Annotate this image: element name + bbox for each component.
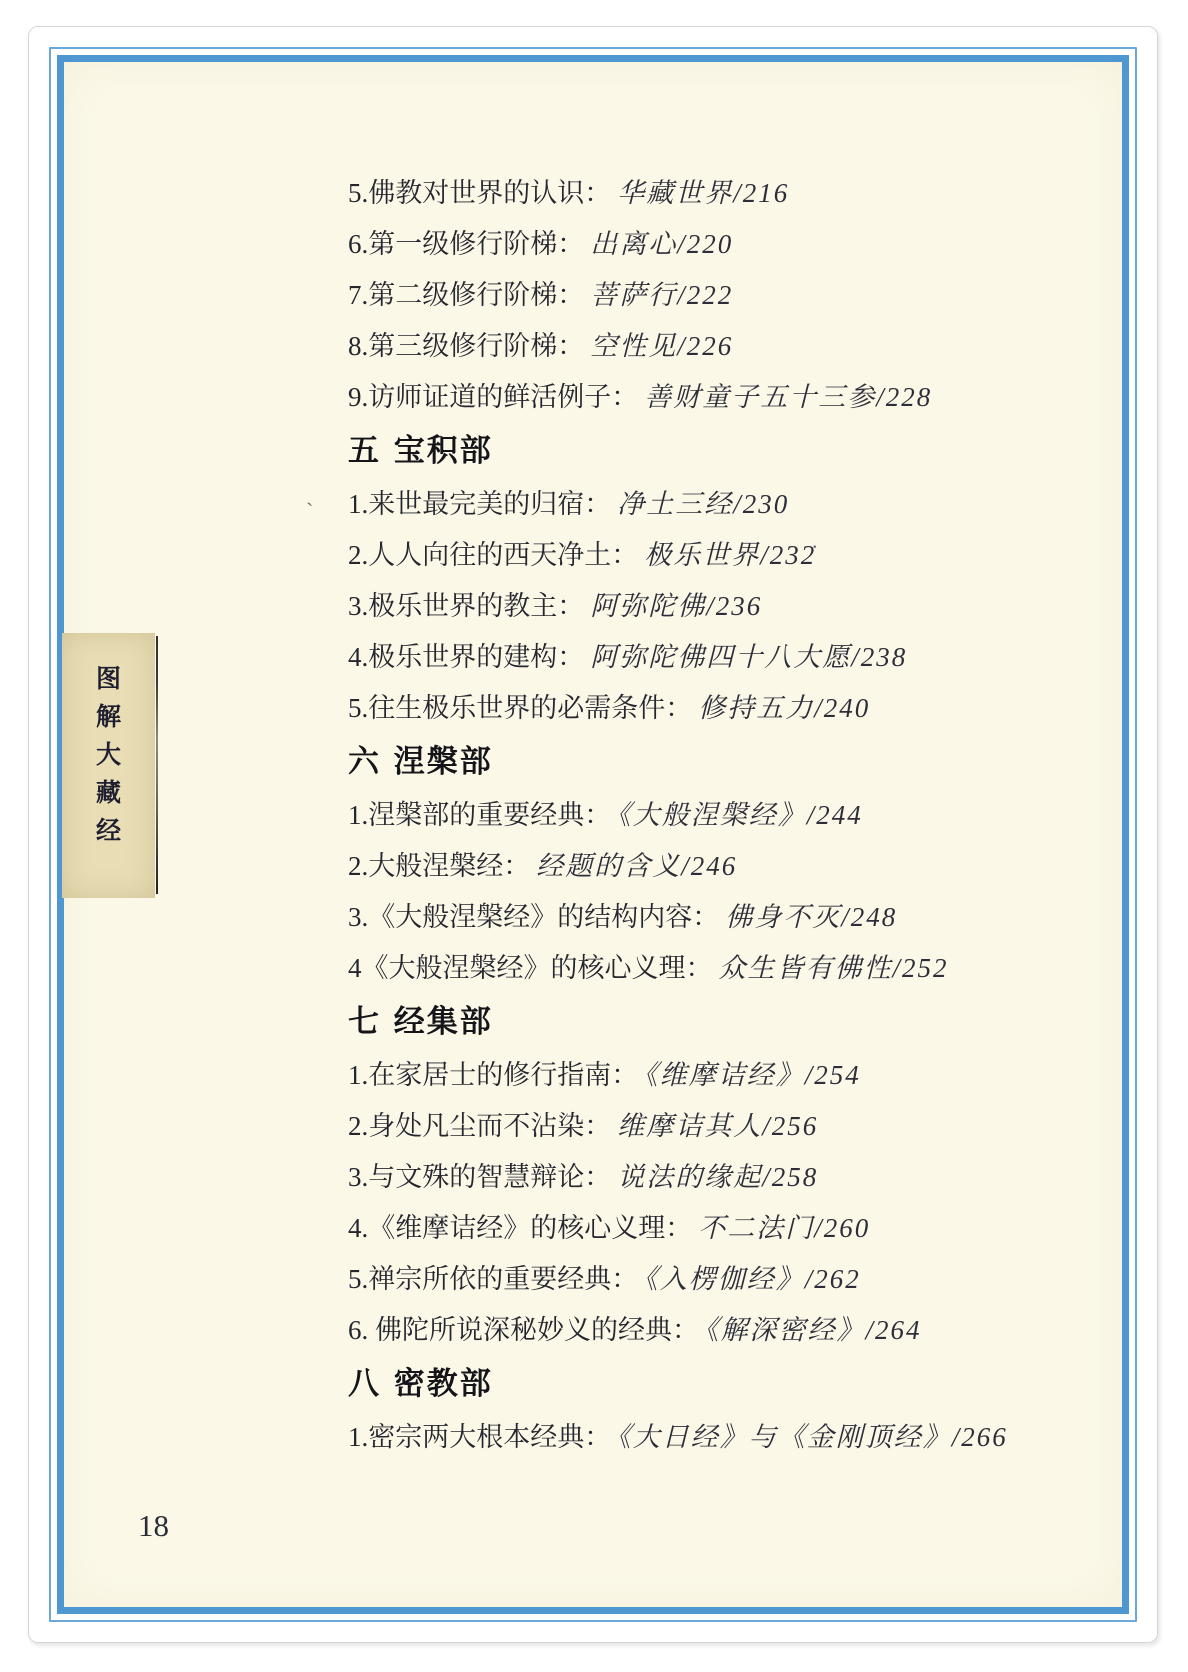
toc-entry: 2.大般涅槃经：经题的含义/246 [348,841,968,892]
entry-title: 6. 佛陀所说深秘妙义的经典： [348,1315,699,1345]
entry-subtitle-pageref: 空性见/226 [584,331,733,361]
toc-entry: 3.《大般涅槃经》的结构内容：佛身不灭/248 [348,892,968,943]
toc-entry: 9.访师证道的鲜活例子：善财童子五十三参/228 [348,372,968,423]
entry-subtitle-pageref: 出离心/220 [584,229,733,259]
toc-entry: 1.来世最完美的归宿：净土三经/230 [348,479,968,530]
entry-title: 2.大般涅槃经： [348,851,530,881]
page-number: 18 [138,1508,169,1544]
entry-subtitle-pageref: 《大日经》与《金刚顶经》/266 [611,1422,1008,1452]
toc-entry: 2.身处凡尘而不沾染：维摩诘其人/256 [348,1101,968,1152]
entry-subtitle-pageref: 不二法门/260 [692,1213,870,1243]
entry-title: 4.《维摩诘经》的核心义理： [348,1213,692,1243]
entry-title: 9.访师证道的鲜活例子： [348,382,638,412]
entry-title: 2.身处凡尘而不沾染： [348,1111,611,1141]
toc-entry: 7.第二级修行阶梯：菩萨行/222 [348,270,968,321]
toc-entry: 4.《维摩诘经》的核心义理：不二法门/260 [348,1203,968,1254]
book-title-char: 图 [96,667,121,692]
entry-title: 1.密宗两大根本经典： [348,1422,611,1452]
entry-subtitle-pageref: 华藏世界/216 [611,178,789,208]
toc-entry: 5.往生极乐世界的必需条件：修持五力/240 [348,683,968,734]
entry-subtitle-pageref: 《维摩诘经》/254 [638,1060,861,1090]
section-heading: 五 宝积部 [348,423,968,479]
toc-entry: 1.密宗两大根本经典：《大日经》与《金刚顶经》/266 [348,1412,968,1463]
entry-subtitle-pageref: 说法的缘起/258 [611,1162,818,1192]
entry-subtitle-pageref: 修持五力/240 [692,693,870,723]
section-heading: 六 涅槃部 [348,734,968,790]
book-title-char: 藏 [96,781,121,806]
entry-title: 4.极乐世界的建构： [348,642,584,672]
toc-entry: 1.涅槃部的重要经典：《大般涅槃经》/244 [348,790,968,841]
entry-title: 5.往生极乐世界的必需条件： [348,693,692,723]
section-heading: 八 密教部 [348,1356,968,1412]
entry-subtitle-pageref: 阿弥陀佛/236 [584,591,762,621]
entry-subtitle-pageref: 经题的含义/246 [530,851,737,881]
entry-title: 5.佛教对世界的认识： [348,178,611,208]
entry-subtitle-pageref: 《入楞伽经》/262 [638,1264,861,1294]
toc-entry: 5.禅宗所依的重要经典：《入楞伽经》/262 [348,1254,968,1305]
entry-subtitle-pageref: 阿弥陀佛四十八大愿/238 [584,642,907,672]
entry-title: 3.极乐世界的教主： [348,591,584,621]
print-artifact: . [812,528,818,554]
entry-title: 6.第一级修行阶梯： [348,229,584,259]
print-artifact: ` [306,498,313,524]
entry-title: 7.第二级修行阶梯： [348,280,584,310]
toc-entry: 6.第一级修行阶梯：出离心/220 [348,219,968,270]
toc-entry: 1.在家居士的修行指南：《维摩诘经》/254 [348,1050,968,1101]
book-title-vertical-label: 图解大藏经 [62,667,155,844]
entry-subtitle-pageref: 善财童子五十三参/228 [638,382,932,412]
book-title-char: 大 [96,743,121,768]
book-title-char: 经 [96,819,121,844]
entry-subtitle-pageref: 菩萨行/222 [584,280,733,310]
toc-entry: 6. 佛陀所说深秘妙义的经典：《解深密经》/264 [348,1305,968,1356]
entry-subtitle-pageref: 极乐世界/232 [638,540,816,570]
toc-entry: 4.极乐世界的建构：阿弥陀佛四十八大愿/238 [348,632,968,683]
entry-title: 8.第三级修行阶梯： [348,331,584,361]
side-tab-edge-line [156,636,158,894]
entry-title: 4《大般涅槃经》的核心义理： [348,953,713,983]
entry-subtitle-pageref: 《解深密经》/264 [699,1315,922,1345]
entry-subtitle-pageref: 维摩诘其人/256 [611,1111,818,1141]
entry-title: 1.来世最完美的归宿： [348,489,611,519]
entry-title: 3.与文殊的智慧辩论： [348,1162,611,1192]
entry-title: 1.在家居士的修行指南： [348,1060,638,1090]
book-title-side-tab: 图解大藏经 [62,633,155,898]
entry-subtitle-pageref: 佛身不灭/248 [719,902,897,932]
entry-subtitle-pageref: 众生皆有佛性/252 [713,953,949,983]
entry-subtitle-pageref: 《大般涅槃经》/244 [611,800,863,830]
entry-subtitle-pageref: 净土三经/230 [611,489,789,519]
book-page: { "page": { "number": "18", "side_tab_la… [0,0,1188,1672]
toc: 5.佛教对世界的认识：华藏世界/2166.第一级修行阶梯：出离心/2207.第二… [348,168,968,1463]
entry-title: 1.涅槃部的重要经典： [348,800,611,830]
entry-title: 3.《大般涅槃经》的结构内容： [348,902,719,932]
entry-title: 5.禅宗所依的重要经典： [348,1264,638,1294]
toc-entry: 3.与文殊的智慧辩论：说法的缘起/258 [348,1152,968,1203]
toc-entry: 4《大般涅槃经》的核心义理：众生皆有佛性/252 [348,943,968,994]
toc-entry: 3.极乐世界的教主：阿弥陀佛/236 [348,581,968,632]
entry-title: 2.人人向往的西天净土： [348,540,638,570]
book-title-char: 解 [96,705,121,730]
section-heading: 七 经集部 [348,994,968,1050]
toc-entry: 8.第三级修行阶梯：空性见/226 [348,321,968,372]
toc-entry: 2.人人向往的西天净土：极乐世界/232 [348,530,968,581]
toc-entry: 5.佛教对世界的认识：华藏世界/216 [348,168,968,219]
